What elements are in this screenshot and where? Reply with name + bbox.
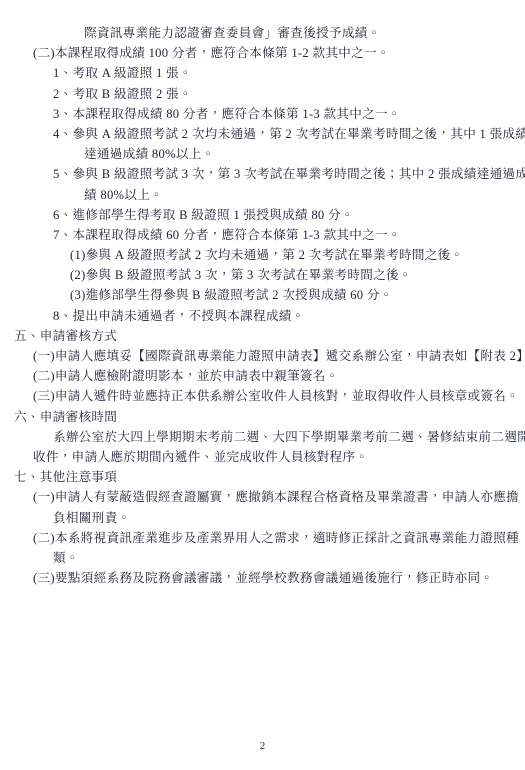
- doc-line: (一)申請人應填妥【國際資訊專業能力證照申請表】遞交系辦公室，申請表如【附表 2…: [0, 346, 515, 366]
- doc-line: (2)參與 B 級證照考試 3 次，第 3 次考試在畢業考時間之後。: [0, 265, 515, 285]
- doc-line: 3、本課程取得成績 80 分者，應符合本條第 1-3 款其中之一。: [0, 104, 515, 124]
- document-page: 際資訊專業能力認證審查委員會」審查後授予成績。 (二)本課程取得成績 100 分…: [0, 0, 525, 770]
- doc-line: (二)本課程取得成績 100 分者，應符合本條第 1-2 款其中之一。: [0, 43, 515, 63]
- doc-line: 類。: [0, 548, 515, 568]
- doc-line: 6、進修部學生得考取 B 級證照 1 張授與成績 80 分。: [0, 205, 515, 225]
- doc-line: (1)參與 A 級證照考試 2 次均未通過，第 2 次考試在畢業考時間之後。: [0, 245, 515, 265]
- doc-line: 收件，申請人應於期間內遞件、並完成收件人員核對程序。: [0, 447, 515, 467]
- section-heading: 五、申請審核方式: [0, 326, 515, 346]
- doc-line: 際資訊專業能力認證審查委員會」審查後授予成績。: [0, 23, 515, 43]
- section-heading: 六、申請審核時間: [0, 407, 515, 427]
- doc-line: 4、參與 A 級證照考試 2 次均未通過，第 2 次考試在畢業考時間之後，其中 …: [0, 124, 515, 144]
- doc-line: (二)申請人應檢附證明影本，並於申請表中親筆簽名。: [0, 366, 515, 386]
- doc-line: 5、參與 B 級證照考試 3 次，第 3 次考試在畢業考時間之後；其中 2 張成…: [0, 164, 515, 184]
- doc-line: (一)申請人有蒙蔽造假經查證屬實，應撤銷本課程合格資格及畢業證書，申請人亦應擔: [0, 487, 515, 507]
- doc-line: (三)要點須經系務及院務會議審議，並經學校教務會議通過後施行，修正時亦同。: [0, 568, 515, 588]
- doc-line: (三)申請人遞件時並應持正本供系辦公室收件人員核對，並取得收件人員核章或簽名。: [0, 386, 515, 406]
- section-heading: 七、其他注意事項: [0, 467, 515, 487]
- doc-line: 2、考取 B 級證照 2 張。: [0, 84, 515, 104]
- doc-line: 負相關刑責。: [0, 508, 515, 528]
- doc-line: 系辦公室於大四上學期期末考前二週、大四下學期畢業考前二週、暑修結束前二週開始: [0, 427, 515, 447]
- doc-line: 7、本課程取得成績 60 分者，應符合本條第 1-3 款其中之一。: [0, 225, 515, 245]
- doc-line: 達通過成績 80%以上。: [0, 144, 515, 164]
- doc-line: 8、提出申請未通過者，不授與本課程成績。: [0, 306, 515, 326]
- doc-line: (二)本系將視資訊產業進步及產業界用人之需求，適時修正採計之資訊專業能力證照種: [0, 528, 515, 548]
- doc-line: (3)進修部學生得參與 B 級證照考試 2 次授與成績 60 分。: [0, 285, 515, 305]
- document-body: 際資訊專業能力認證審查委員會」審查後授予成績。 (二)本課程取得成績 100 分…: [0, 23, 515, 588]
- doc-line: 績 80%以上。: [0, 185, 515, 205]
- page-number: 2: [0, 740, 525, 752]
- doc-line: 1、考取 A 級證照 1 張。: [0, 63, 515, 83]
